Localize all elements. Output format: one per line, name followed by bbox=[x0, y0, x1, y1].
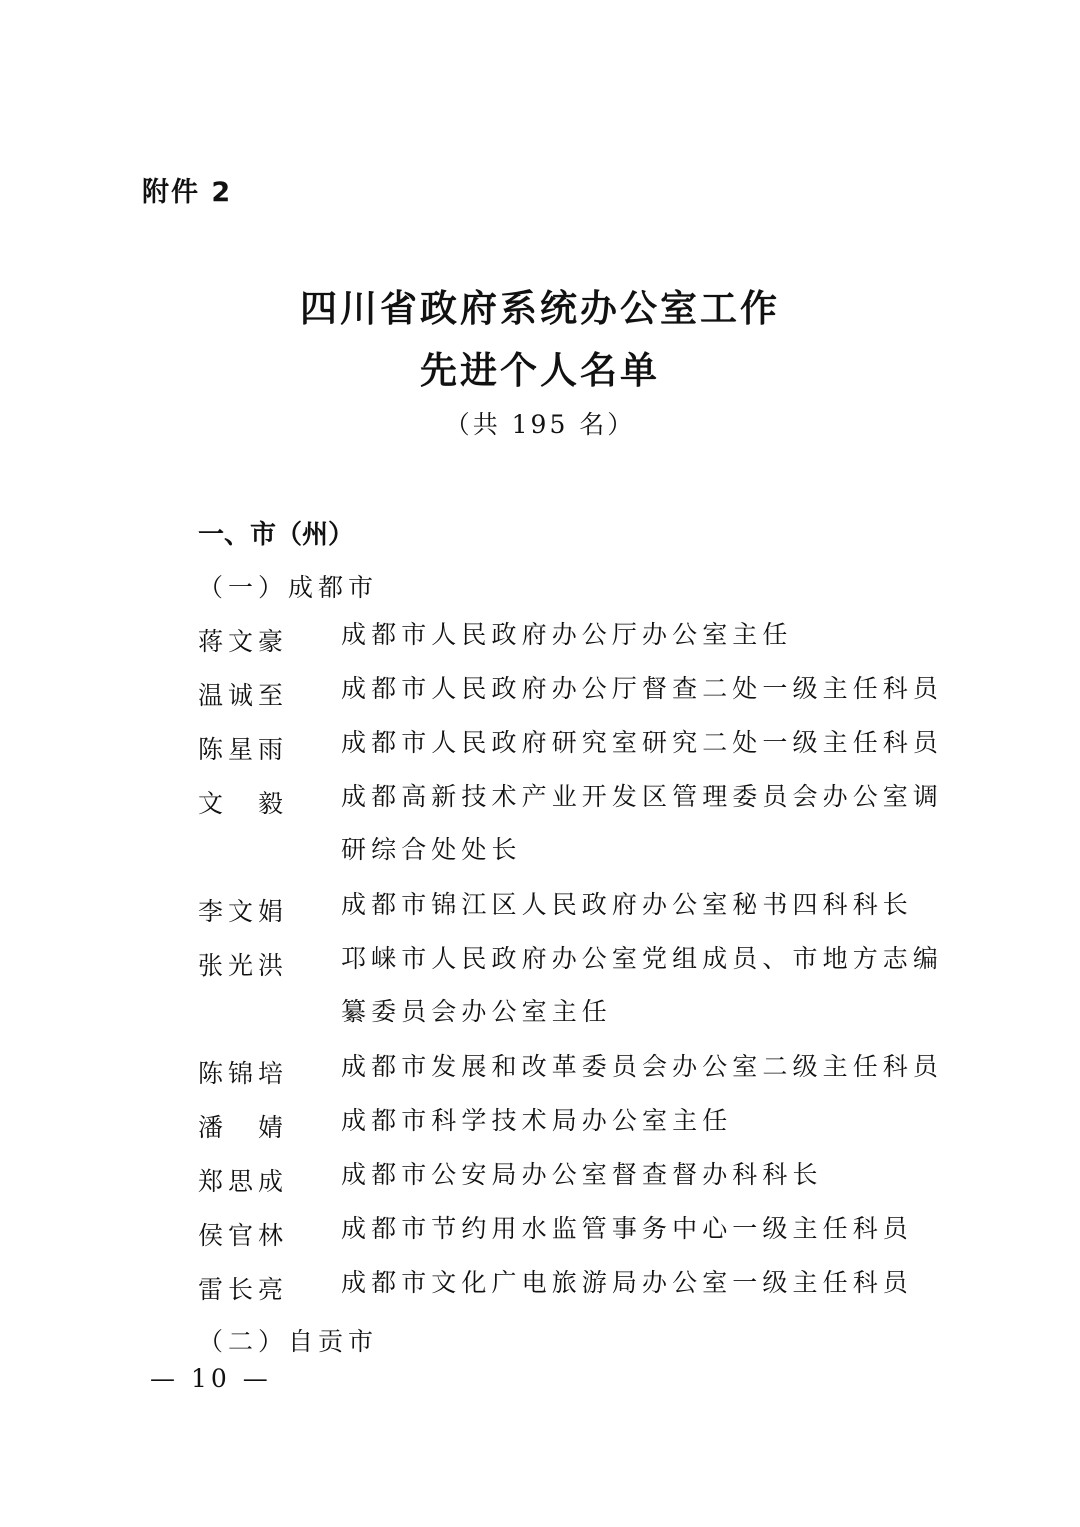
person-name: 潘 婧 bbox=[198, 1108, 298, 1144]
document-title-line-2: 先进个人名单 bbox=[0, 340, 1080, 394]
subsection-heading-chengdu: （一）成都市 bbox=[198, 568, 378, 604]
person-name: 陈锦培 bbox=[198, 1054, 298, 1090]
section-heading: 一、市（州） bbox=[198, 514, 354, 551]
document-title-line-1: 四川省政府系统办公室工作 bbox=[0, 278, 1080, 332]
person-position: 成都市发展和改革委员会办公室二级主任科员 bbox=[341, 1040, 951, 1093]
person-name: 温诚至 bbox=[198, 676, 298, 712]
person-position: 成都市人民政府办公厅办公室主任 bbox=[341, 608, 951, 661]
total-count: （共 195 名） bbox=[0, 405, 1080, 441]
person-position: 邛崃市人民政府办公室党组成员、市地方志编纂委员会办公室主任 bbox=[341, 932, 951, 1038]
person-name: 文 毅 bbox=[198, 784, 298, 820]
person-position: 成都市人民政府研究室研究二处一级主任科员 bbox=[341, 716, 951, 769]
person-position: 成都市公安局办公室督查督办科科长 bbox=[341, 1148, 951, 1201]
person-name: 侯官林 bbox=[198, 1216, 298, 1252]
person-name: 张光洪 bbox=[198, 946, 298, 982]
person-position: 成都市科学技术局办公室主任 bbox=[341, 1094, 951, 1147]
person-position: 成都高新技术产业开发区管理委员会办公室调研综合处处长 bbox=[341, 770, 951, 876]
attachment-label: 附件 2 bbox=[142, 170, 232, 209]
person-name: 郑思成 bbox=[198, 1162, 298, 1198]
person-name: 雷长亮 bbox=[198, 1270, 298, 1306]
person-position: 成都市节约用水监管事务中心一级主任科员 bbox=[341, 1202, 951, 1255]
person-position: 成都市文化广电旅游局办公室一级主任科员 bbox=[341, 1256, 951, 1309]
person-name: 陈星雨 bbox=[198, 730, 298, 766]
person-position: 成都市锦江区人民政府办公室秘书四科科长 bbox=[341, 878, 951, 931]
subsection-heading-zigong: （二）自贡市 bbox=[198, 1322, 378, 1358]
person-name: 李文娟 bbox=[198, 892, 298, 928]
person-name: 蒋文豪 bbox=[198, 622, 298, 658]
person-position: 成都市人民政府办公厅督查二处一级主任科员 bbox=[341, 662, 951, 715]
page-number: — 10 — bbox=[150, 1364, 272, 1393]
